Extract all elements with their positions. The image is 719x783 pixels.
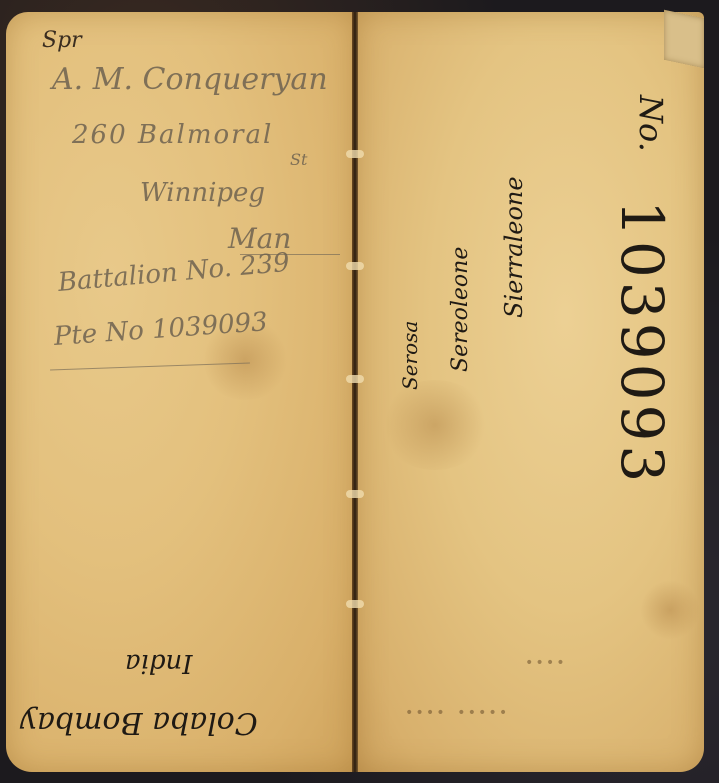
spine-stitch	[346, 375, 364, 383]
offset-ink-marks: ••••	[525, 655, 567, 671]
address-street: 260 Balmoral	[72, 120, 273, 150]
spine-stitch	[346, 262, 364, 270]
book-spine	[352, 12, 358, 772]
address-name: A. M. Conqueryan	[52, 62, 328, 97]
vertical-number-label: No.	[632, 95, 670, 152]
address-city: Winnipeg	[140, 178, 265, 208]
spine-stitch	[346, 150, 364, 158]
folded-corner	[664, 10, 704, 69]
water-stain	[640, 580, 700, 640]
vertical-word-3: Sierraleone	[500, 176, 528, 318]
corner-note: Spr	[42, 28, 82, 53]
water-stain	[380, 380, 490, 470]
vertical-regimental-number: 1039093	[608, 200, 676, 486]
spine-stitch	[346, 490, 364, 498]
address-street-suffix: St	[290, 150, 307, 169]
vertical-word-1: Serosa	[398, 321, 422, 390]
upside-down-location-line1: Colaba Bombay	[20, 705, 258, 740]
upside-down-location-line2: India	[125, 648, 192, 678]
vertical-word-2: Sereoleone	[448, 247, 473, 372]
offset-ink-marks: •••• •••••	[405, 705, 509, 721]
spine-stitch	[346, 600, 364, 608]
